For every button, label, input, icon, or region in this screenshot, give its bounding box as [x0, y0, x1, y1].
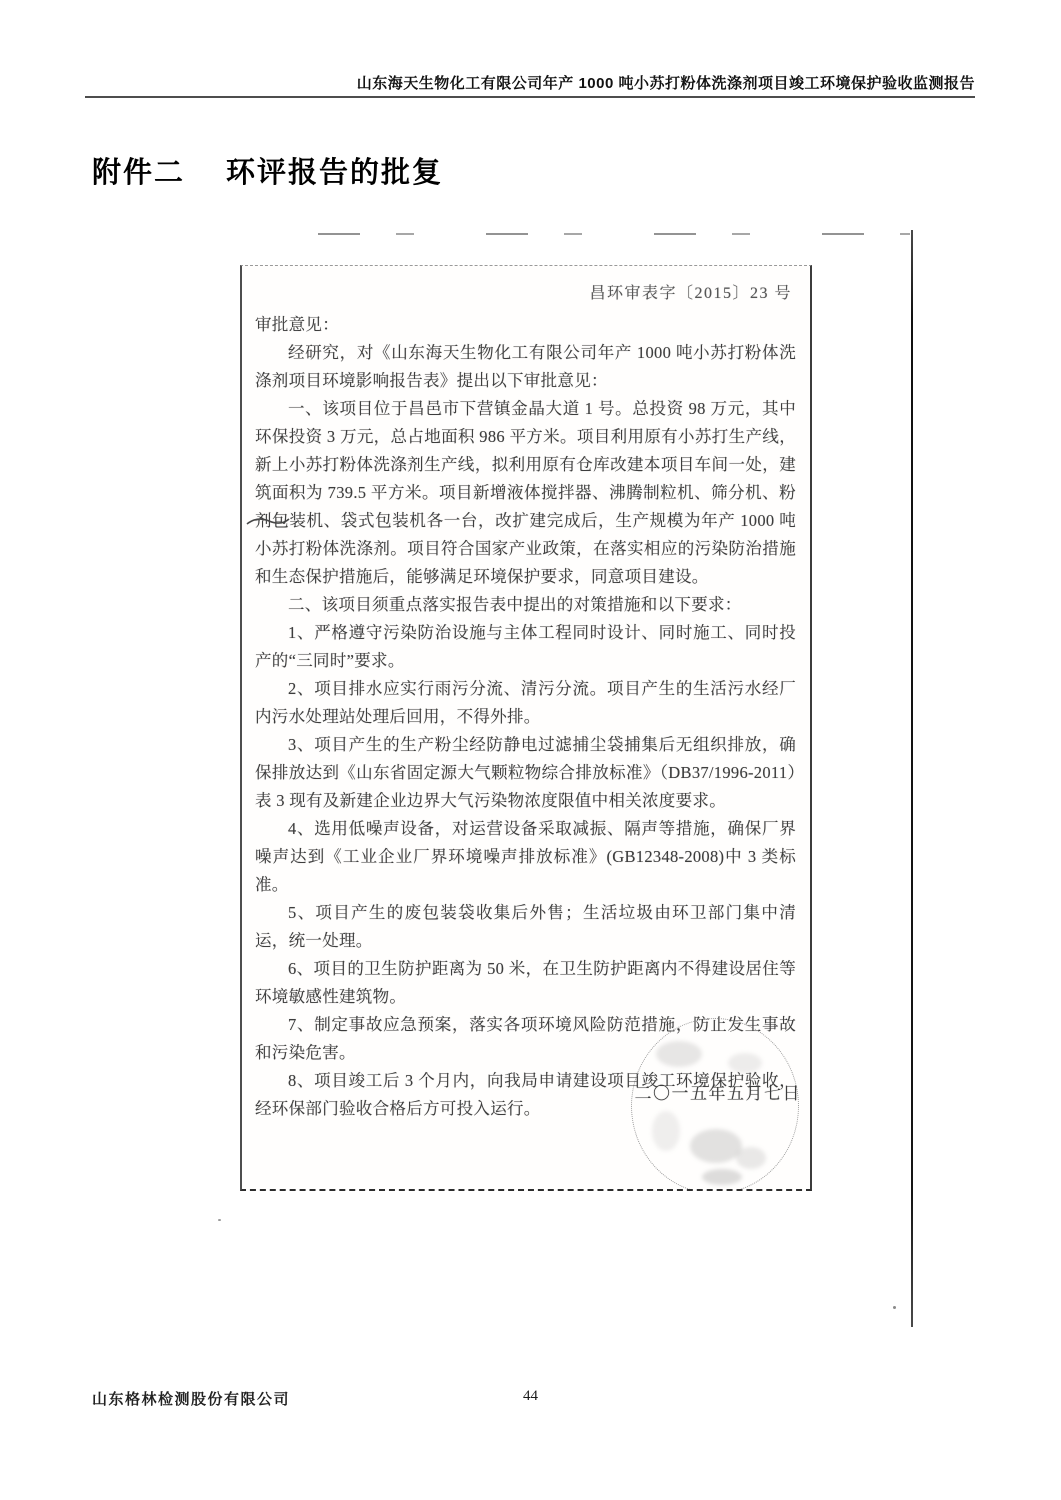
paragraph: 5、项目产生的废包装袋收集后外售；生活垃圾由环卫部门集中清运，统一处理。 — [255, 899, 796, 955]
seal-smudge — [652, 1111, 680, 1151]
scan-artifact-vertical-line — [911, 230, 913, 1327]
paragraph: 1、严格遵守污染防治设施与主体工程同时设计、同时施工、同时投产的“三同时”要求。 — [255, 619, 796, 675]
seal-smudge — [702, 1169, 742, 1185]
paragraph: 经研究，对《山东海天生物化工有限公司年产 1000 吨小苏打粉体洗涤剂项目环境影… — [255, 339, 796, 395]
official-seal-stamp — [631, 1018, 799, 1191]
paragraph: 一、该项目位于昌邑市下营镇金晶大道 1 号。总投资 98 万元，其中环保投资 3… — [255, 395, 796, 591]
seal-smudge — [690, 1129, 742, 1163]
header-rule — [85, 96, 975, 98]
seal-smudge — [728, 1053, 762, 1073]
document-number: 昌环审表字〔2015〕23 号 — [255, 280, 792, 303]
salutation: 审批意见： — [255, 311, 796, 339]
scan-speck — [893, 1306, 896, 1309]
page-title: 附件二 环评报告的批复 — [92, 150, 443, 191]
paragraph: 6、项目的卫生防护距离为 50 米，在卫生防护距离内不得建设居住等环境敏感性建筑… — [255, 955, 796, 1011]
paragraph: 4、选用低噪声设备，对运营设备采取减振、隔声等措施，确保厂界噪声达到《工业企业厂… — [255, 815, 796, 899]
paragraph: 2、项目排水应实行雨污分流、清污分流。项目产生的生活污水经厂内污水处理站处理后回… — [255, 675, 796, 731]
footer-page-number: 44 — [523, 1388, 538, 1405]
handwritten-squiggle-mark — [245, 515, 291, 527]
scanned-approval-document: 昌环审表字〔2015〕23 号 审批意见： 经研究，对《山东海天生物化工有限公司… — [240, 265, 812, 1191]
report-header-title: 山东海天生物化工有限公司年产 1000 吨小苏打粉体洗涤剂项目竣工环境保护验收监… — [85, 72, 975, 93]
approval-date: 二〇一五年五月七日 — [635, 1079, 802, 1104]
seal-smudge — [736, 1147, 766, 1169]
scan-speck — [218, 1219, 221, 1221]
scan-artifact-dashes — [318, 233, 910, 235]
footer-company-name: 山东格林检测股份有限公司 — [92, 1388, 290, 1409]
paragraph: 二、该项目须重点落实报告表中提出的对策措施和以下要求： — [255, 591, 796, 619]
paragraph: 3、项目产生的生产粉尘经防静电过滤捕尘袋捕集后无组织排放，确保排放达到《山东省固… — [255, 731, 796, 815]
seal-smudge — [656, 1041, 702, 1067]
